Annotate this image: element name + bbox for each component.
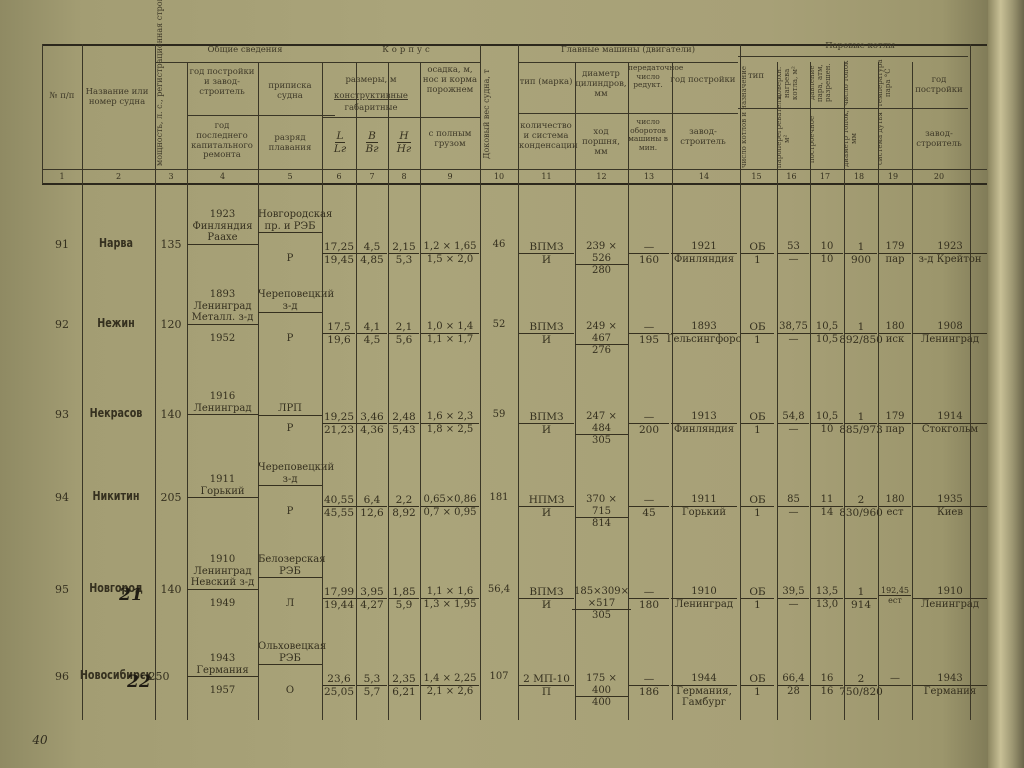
breadth-top: 3,46 — [357, 411, 387, 424]
cylinder-dims: 247 × 484305 — [575, 411, 628, 447]
cylinder-dims-bottom: 276 — [590, 345, 613, 357]
col-H-header: HHг — [392, 130, 416, 155]
engine-type-bottom: И — [540, 599, 553, 611]
height-top: 2,15 — [389, 241, 419, 254]
steam-pressure: 13,513,0 — [810, 586, 844, 610]
dims-sub2: габаритные — [322, 104, 420, 114]
engine-type: ВПМЗИ — [518, 241, 575, 266]
draft: 1,6 × 2,31,8 × 2,5 — [420, 411, 480, 435]
furnaces-top: 1 — [845, 321, 877, 334]
breadth: 4,14,5 — [356, 321, 388, 346]
row-index: 93 — [42, 409, 82, 422]
furnaces: 1900 — [844, 241, 878, 266]
length-bottom: 19,6 — [325, 334, 352, 346]
col-engine-type-header: тип (марка) — [519, 78, 573, 88]
engine-year-maker: 1910Ленинград — [670, 586, 738, 610]
boiler-year-maker-top: 1908 — [913, 321, 987, 334]
draft-top: 1,6 × 2,3 — [421, 411, 479, 424]
cylinder-dims: 185×309× ×517305 — [575, 586, 628, 622]
steam-temp: 180ест — [878, 494, 912, 518]
last-repair-year: 1957 — [187, 685, 258, 697]
col-built-header: год постройки и завод-строитель — [188, 68, 256, 97]
col-draft-header: осадка, м, нос и корма порожнем — [422, 66, 478, 95]
furnaces: 1892/850 — [844, 321, 878, 346]
engine-year-maker-top: 1910 — [671, 586, 737, 599]
engine-type-top: НПМЗ — [519, 494, 574, 507]
heating-surface-top: 85 — [778, 494, 809, 507]
boiler-type-top: ОБ — [741, 321, 774, 334]
cylinder-dims-bottom: 400 — [590, 697, 613, 709]
column-number: 19 — [876, 172, 910, 181]
heating-surface-top: 39,5 — [778, 586, 809, 599]
boiler-type-bottom: 1 — [752, 686, 763, 698]
column-divider — [356, 62, 357, 720]
boiler-year-maker-bottom: Стокгольм — [920, 424, 980, 436]
boiler-year-maker: 1908Ленинград — [912, 321, 988, 345]
heating-surface: 39,5— — [777, 586, 810, 610]
ship-name: Никитин — [79, 490, 153, 504]
col-reduction-header: передаточное число редукт. — [628, 64, 668, 90]
boiler-year-maker-top: 1935 — [913, 494, 987, 507]
row-index: 94 — [42, 492, 82, 505]
navigation-class: О — [258, 685, 322, 697]
col-B-header: BBг — [360, 130, 384, 155]
engine-power: 205 — [155, 492, 187, 505]
column-divider — [82, 44, 83, 720]
length: 17,2519,45 — [322, 241, 356, 266]
dims-sub1: конструктивные — [322, 92, 420, 102]
steam-pressure-bottom: 10,5 — [814, 334, 840, 346]
ship-name: Нежин — [79, 317, 153, 331]
navigation-class: Р — [258, 506, 322, 518]
engine-year-maker-top: 1944 — [671, 673, 737, 686]
cylinder-dims-bottom: 305 — [590, 435, 613, 447]
col-dock-weight-header: Доковый вес судна, т — [482, 62, 516, 166]
book-page: № п/п Название или номер судна Общие све… — [0, 0, 1024, 768]
engine-year-maker-bottom: Горький — [680, 507, 728, 519]
cylinder-dims-top: 185×309× ×517 — [572, 586, 631, 610]
row-index: 91 — [42, 239, 82, 252]
boiler-type-bottom: 1 — [752, 334, 763, 346]
draft-bottom: 1,1 × 1,7 — [425, 334, 476, 346]
boiler-year-maker-bottom: Ленинград — [919, 334, 981, 346]
general-group-header: Общие сведения — [170, 46, 320, 56]
header-rule — [42, 169, 987, 170]
column-number: 14 — [670, 172, 738, 181]
steam-pressure-bottom: 13,0 — [814, 599, 840, 611]
boiler-type: ОБ1 — [740, 586, 775, 611]
ship-name: Нарва — [79, 237, 153, 251]
draft-top: 1,0 × 1,4 — [421, 321, 479, 334]
column-number: 4 — [187, 172, 258, 181]
length: 17,519,6 — [322, 321, 356, 346]
column-number: 17 — [808, 172, 842, 181]
height-top: 2,48 — [389, 411, 419, 424]
boiler-type: ОБ1 — [740, 321, 775, 346]
engines-group-header: Главные машины (двигатели) — [518, 46, 738, 56]
general-sub-rule — [187, 115, 335, 116]
height: 2,155,3 — [388, 241, 420, 266]
breadth-bottom: 4,27 — [358, 599, 385, 611]
boiler-type-bottom: 1 — [752, 424, 763, 436]
cylinder-dims-top: 247 × 484 — [575, 411, 628, 435]
steam-temp-top: 180 — [879, 494, 911, 507]
engine-type-bottom: П — [540, 686, 553, 698]
length-bottom: 25,05 — [322, 686, 356, 698]
furnaces-bottom: 900 — [849, 254, 873, 266]
length-top: 40,55 — [322, 494, 356, 507]
height-bottom: 5,6 — [394, 334, 415, 346]
engine-power: 120 — [155, 319, 187, 332]
draft: 0,65×0,860,7 × 0,95 — [420, 494, 480, 518]
column-divider — [672, 62, 673, 720]
engine-year-maker: 1913Финляндия — [670, 411, 738, 435]
steam-temp-bottom: пар — [883, 424, 906, 436]
draft-bottom: 1,3 × 1,95 — [422, 599, 479, 611]
column-divider — [628, 62, 629, 720]
heating-surface: 54,8— — [777, 411, 810, 435]
height: 2,485,43 — [388, 411, 420, 436]
engine-year-maker-bottom: Финляндия — [672, 254, 736, 266]
boiler-type-bottom: 1 — [752, 507, 763, 519]
cylinder-dims-bottom: 280 — [590, 265, 613, 277]
heating-surface-bottom: — — [787, 254, 801, 266]
engine-type: ВПМЗИ — [518, 411, 575, 436]
boiler-year-maker-bottom: Ленинград — [919, 599, 981, 611]
engine-year-maker-top: 1921 — [671, 241, 737, 254]
furnaces: 1914 — [844, 586, 878, 611]
page-edge — [988, 0, 1024, 768]
column-divider — [970, 44, 971, 720]
reduction-rpm: —200 — [628, 411, 670, 436]
boiler-type-bottom: 1 — [752, 254, 763, 266]
column-number: 15 — [738, 172, 775, 181]
engine-year-maker-top: 1913 — [671, 411, 737, 424]
reduction-rpm-top: — — [629, 321, 669, 334]
length: 17,9919,44 — [322, 586, 356, 611]
column-number: 1 — [42, 172, 82, 181]
furnaces-bottom: 750/820 — [837, 686, 885, 698]
engine-year-maker: 1893Гельсингфорс — [670, 321, 738, 345]
reduction-rpm: —180 — [628, 586, 670, 611]
draft-bottom: 0,7 × 0,95 — [422, 507, 479, 519]
col-engine-year-header: год постройки — [670, 76, 736, 86]
col-furnaces-header: число топок — [842, 58, 872, 108]
heating-surface-bottom: — — [787, 424, 801, 436]
boiler-year-maker-top: 1914 — [913, 411, 987, 424]
cylinder-dims: 370 × 715814 — [575, 494, 628, 530]
boiler-group-rule — [738, 56, 968, 57]
home-port: Череповецкий з-д — [258, 462, 322, 486]
furnaces: 2830/960 — [844, 494, 878, 519]
boiler-type: ОБ1 — [740, 241, 775, 266]
steam-pressure-bottom: 10 — [819, 254, 836, 266]
draft: 1,2 × 1,651,5 × 2,0 — [420, 241, 480, 265]
boiler-year-maker-top: 1910 — [913, 586, 987, 599]
length-top: 19,25 — [322, 411, 356, 424]
length-top: 17,25 — [322, 241, 356, 254]
engine-type-top: ВПМЗ — [519, 411, 574, 424]
breadth-top: 5,3 — [357, 673, 387, 686]
engine-year-maker-top: 1911 — [671, 494, 737, 507]
boiler-type-top: ОБ — [741, 586, 774, 599]
furnaces-top: 2 — [845, 494, 877, 507]
reduction-rpm-bottom: 180 — [637, 599, 661, 611]
col-pressure-built-header: построечное — [808, 110, 838, 168]
boiler-year-maker-bottom: Германия — [922, 686, 978, 698]
col-draft-full-header: с полным грузом — [422, 130, 478, 150]
breadth: 4,54,85 — [356, 241, 388, 266]
steam-pressure-top: 13,5 — [811, 586, 843, 599]
dock-weight: 181 — [480, 492, 518, 504]
column-number: 16 — [775, 172, 808, 181]
furnaces-top: 1 — [845, 241, 877, 254]
col-name-header: Название или номер судна — [82, 88, 152, 108]
column-number: 5 — [258, 172, 322, 181]
col-boiler-count-header: число котлов и назначение — [740, 110, 772, 168]
height-top: 2,2 — [389, 494, 419, 507]
length: 40,5545,55 — [322, 494, 356, 519]
breadth-bottom: 5,7 — [362, 686, 383, 698]
heating-surface-top: 53 — [778, 241, 809, 254]
boiler-year-maker: 1923з-д Крейтон — [912, 241, 988, 265]
column-divider — [912, 62, 913, 720]
boiler-type-top: ОБ — [741, 673, 774, 686]
height: 1,855,9 — [388, 586, 420, 611]
boiler-type: ОБ1 — [740, 411, 775, 436]
build-info: 1923 Финляндия Раахе — [187, 209, 258, 245]
cylinder-dims: 239 × 526280 — [575, 241, 628, 277]
breadth-top: 4,5 — [357, 241, 387, 254]
breadth: 5,35,7 — [356, 673, 388, 698]
engine-year-maker-bottom: Ленинград — [673, 599, 735, 611]
height: 2,28,92 — [388, 494, 420, 519]
steam-temp-bottom: ест — [886, 596, 904, 605]
steam-temp-top: 192,45 — [879, 586, 911, 596]
engine-type: ВПМЗИ — [518, 321, 575, 346]
steam-temp-top: — — [879, 673, 911, 686]
hull-group-rule — [335, 62, 480, 63]
column-number: 10 — [480, 172, 518, 181]
height: 2,15,6 — [388, 321, 420, 346]
heating-surface-top: 38,75 — [777, 321, 810, 334]
boiler-type-top: ОБ — [741, 494, 774, 507]
heating-surface-bottom: — — [787, 507, 801, 519]
row-index: 92 — [42, 319, 82, 332]
dock-weight: 59 — [480, 409, 518, 421]
col-rpm-header: число оборотов машины в мин. — [628, 118, 668, 153]
engine-year-maker: 1944Германия, Гамбург — [670, 673, 738, 709]
col-engine-maker-header: завод-строитель — [670, 128, 736, 148]
col-stroke-header: ход поршня, мм — [575, 128, 627, 157]
home-port: Белозерская РЭБ — [258, 554, 322, 578]
reduction-rpm-top: — — [629, 494, 669, 507]
engine-type: НПМЗИ — [518, 494, 575, 519]
heating-surface-bottom: — — [787, 334, 801, 346]
furnaces: 2750/820 — [844, 673, 878, 698]
reduction-rpm-bottom: 195 — [637, 334, 661, 346]
ship-name: Некрасов — [79, 407, 153, 421]
steam-pressure-top: 10,5 — [811, 411, 843, 424]
furnaces-top: 2 — [845, 673, 877, 686]
boiler-type: ОБ1 — [740, 494, 775, 519]
boiler-year-maker: 1910Ленинград — [912, 586, 988, 610]
engine-power: 140 — [155, 409, 187, 422]
engine-type-top: ВПМЗ — [519, 321, 574, 334]
draft-bottom: 1,8 × 2,5 — [425, 424, 476, 436]
reduction-rpm-bottom: 160 — [637, 254, 661, 266]
furnaces-bottom: 914 — [849, 599, 873, 611]
column-divider — [388, 62, 389, 720]
dock-weight: 107 — [480, 671, 518, 683]
cylinder-dims: 175 × 400400 — [575, 673, 628, 709]
cylinder-dims-top: 249 × 467 — [575, 321, 628, 345]
boiler-type-bottom: 1 — [752, 599, 763, 611]
steam-pressure-top: 11 — [811, 494, 843, 507]
dock-weight: 46 — [480, 239, 518, 251]
length-top: 17,99 — [322, 586, 356, 599]
cylinder-dims-top: 175 × 400 — [575, 673, 628, 697]
reduction-rpm-top: — — [629, 586, 669, 599]
boiler-type-top: ОБ — [741, 241, 774, 254]
build-info: 1943 Германия — [187, 653, 258, 677]
build-info: 1911 Горький — [187, 474, 258, 498]
column-divider — [480, 44, 481, 720]
col-L-header: LLг — [328, 130, 352, 155]
steam-pressure-top: 16 — [811, 673, 843, 686]
steam-temp: 192,45ест — [878, 586, 912, 605]
breadth-bottom: 4,85 — [358, 254, 385, 266]
handwritten-mark: 21 — [118, 586, 144, 606]
cylinder-dims-bottom: 305 — [590, 610, 613, 622]
steam-temp-bottom: пар — [883, 254, 906, 266]
draft: 1,4 × 2,252,1 × 2,6 — [420, 673, 480, 697]
breadth-top: 4,1 — [357, 321, 387, 334]
breadth-top: 6,4 — [357, 494, 387, 507]
engine-type: 2 МП-10П — [518, 673, 575, 698]
length-bottom: 45,55 — [322, 507, 356, 519]
steam-temp-top: 179 — [879, 241, 911, 254]
column-divider — [420, 62, 421, 720]
steam-temp: 179пар — [878, 241, 912, 265]
engine-type-top: 2 МП-10 — [519, 673, 574, 686]
steam-pressure-bottom: 14 — [819, 507, 836, 519]
steam-pressure-bottom: 16 — [819, 686, 836, 698]
navigation-class: Р — [258, 253, 322, 265]
column-number: 2 — [82, 172, 155, 181]
length-bottom: 19,45 — [322, 254, 356, 266]
engine-power: 135 — [155, 239, 187, 252]
breadth: 6,412,6 — [356, 494, 388, 519]
home-port: Новгородская пр. и РЭБ — [258, 209, 322, 233]
column-number: 6 — [322, 172, 356, 181]
row-index: 96 — [42, 671, 82, 684]
navigation-class: Р — [258, 333, 322, 345]
engine-type-top: ВПМЗ — [519, 241, 574, 254]
col-pressure-header: давление пара, атм, разрешен. — [808, 58, 838, 108]
draft-bottom: 1,5 × 2,0 — [425, 254, 476, 266]
col-draft-system-header: система дутья — [876, 110, 906, 168]
reduction-rpm: —195 — [628, 321, 670, 346]
cylinder-dims-top: 239 × 526 — [575, 241, 628, 265]
steam-temp-top: 179 — [879, 411, 911, 424]
build-info: 1916 Ленинград — [187, 391, 258, 415]
engine-type-top: ВПМЗ — [519, 586, 574, 599]
col-steam-temp-header: температура пара °С — [876, 58, 906, 108]
heating-surface: 38,75— — [777, 321, 810, 345]
reduction-rpm-bottom: 45 — [640, 507, 657, 519]
cylinder-dims: 249 × 467276 — [575, 321, 628, 357]
length-bottom: 19,44 — [322, 599, 356, 611]
boiler-sub-rule — [738, 108, 968, 109]
column-number: 12 — [575, 172, 628, 181]
boiler-year-maker-top: 1923 — [913, 241, 987, 254]
height-bottom: 5,43 — [390, 424, 417, 436]
breadth: 3,464,36 — [356, 411, 388, 436]
col-index-header: № п/п — [42, 92, 82, 102]
breadth: 3,954,27 — [356, 586, 388, 611]
steam-temp-top: 180 — [879, 321, 911, 334]
boilers-group-header: Паровые котлы — [760, 42, 960, 52]
column-number: 18 — [842, 172, 876, 181]
breadth-bottom: 4,36 — [358, 424, 385, 436]
steam-pressure: 1010 — [810, 241, 844, 265]
engine-power: 250 — [143, 671, 175, 684]
engine-year-maker-bottom: Германия, Гамбург — [670, 686, 738, 709]
boiler-year-maker: 1914Стокгольм — [912, 411, 988, 435]
boiler-year-maker-top: 1943 — [913, 673, 987, 686]
column-number: 20 — [910, 172, 968, 181]
engine-year-maker: 1911Горький — [670, 494, 738, 518]
reduction-rpm-bottom: 186 — [637, 686, 661, 698]
height-bottom: 8,92 — [390, 507, 417, 519]
row-index: 95 — [42, 584, 82, 597]
steam-temp: — — [878, 673, 912, 686]
furnaces-top: 1 — [845, 586, 877, 599]
breadth-bottom: 12,6 — [358, 507, 385, 519]
height-top: 2,35 — [389, 673, 419, 686]
height-top: 2,1 — [389, 321, 419, 334]
heating-surface-bottom: 28 — [785, 686, 802, 698]
furnaces: 1885/973 — [844, 411, 878, 436]
draft-top: 1,4 × 2,25 — [421, 673, 479, 686]
engine-year-maker-bottom: Финляндия — [672, 424, 736, 436]
home-port: Ольховецкая РЭБ — [258, 641, 322, 665]
reduction-rpm-top: — — [629, 241, 669, 254]
engine-year-maker: 1921Финляндия — [670, 241, 738, 265]
length-top: 23,6 — [323, 673, 355, 686]
heating-surface-top: 66,4 — [778, 673, 809, 686]
column-number: 9 — [420, 172, 480, 181]
engine-year-maker-bottom: Гельсингфорс — [665, 334, 743, 346]
dock-weight: 56,4 — [480, 584, 518, 596]
breadth-bottom: 4,5 — [362, 334, 383, 346]
breadth-top: 3,95 — [357, 586, 387, 599]
heating-surface-top: 54,8 — [778, 411, 809, 424]
engine-power: 140 — [155, 584, 187, 597]
engine-type-bottom: И — [540, 424, 553, 436]
reduction-rpm: —45 — [628, 494, 670, 519]
heating-surface: 53— — [777, 241, 810, 265]
column-number: 8 — [388, 172, 420, 181]
length-bottom: 21,23 — [322, 424, 356, 436]
colnum-rule — [42, 183, 987, 185]
boiler-type-top: ОБ — [741, 411, 774, 424]
last-repair-year: 1949 — [187, 598, 258, 610]
col-cyl-header: диаметр цилиндров, мм — [575, 70, 627, 99]
dims-header: размеры, м — [322, 76, 420, 86]
height-bottom: 5,9 — [394, 599, 415, 611]
